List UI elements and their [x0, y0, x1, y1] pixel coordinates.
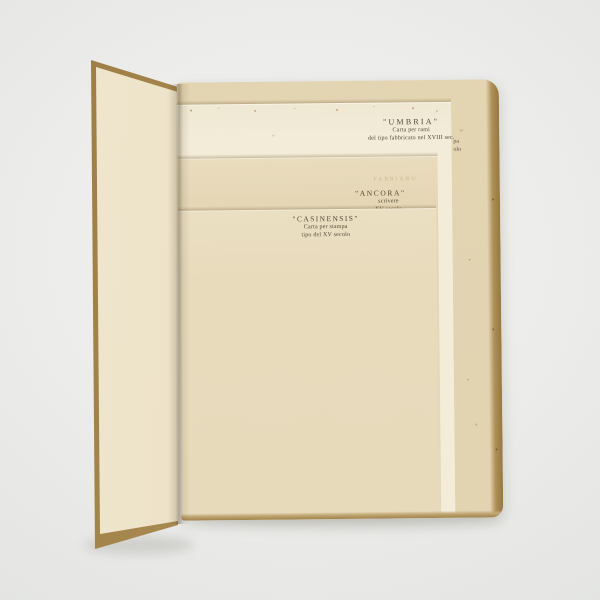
specimen-subtitle: tipo del XV secolo	[268, 231, 383, 240]
book-contact-shadow-left	[84, 536, 194, 554]
specimen-sheet-casinensis: "CASINENSIS" Carta per stampa tipo del X…	[178, 208, 439, 520]
fragment-line: olo	[453, 146, 477, 155]
specimen-subtitle: del tipo fabbricato nel XVIII sec.	[355, 134, 467, 143]
caption-casinensis: "CASINENSIS" Carta per stampa tipo del X…	[268, 214, 383, 240]
ghost-showthrough-text: FABRIANO	[374, 176, 418, 182]
photo-open-specimen-book: " pa olo "UMBRIA" Carta per rami del tip…	[0, 0, 600, 600]
caption-ancora-lines: scrivere XV secolo	[331, 197, 446, 214]
specimen-subtitle: Carta per stampa	[268, 223, 383, 232]
fragment-quote-mark: "	[453, 129, 477, 138]
specimen-title-umbria: "UMBRIA"	[355, 117, 467, 127]
spine-gutter-shadow	[168, 84, 190, 524]
deckled-right-edge	[486, 79, 504, 517]
specimen-subtitle: Carta per rami	[355, 126, 467, 135]
specimen-sheet-umbria: "UMBRIA" Carta per rami del tipo fabbric…	[177, 102, 455, 520]
caption-ancora: "ANCORA" scrivere XV secolo	[323, 188, 438, 214]
specimen-sheet-ancora: FABRIANO "ANCORA" scrivere XV secolo	[178, 156, 442, 520]
specimen-title-ancora: "ANCORA"	[323, 188, 438, 198]
specimen-title-casinensis: "CASINENSIS"	[268, 214, 383, 224]
caption-umbria: "UMBRIA" Carta per rami del tipo fabbric…	[355, 117, 467, 143]
foxed-top-edge	[177, 79, 499, 94]
specimen-subtitle: XV secolo	[331, 205, 446, 214]
fragment-line: pa	[453, 137, 477, 146]
base-page: " pa olo "UMBRIA" Carta per rami del tip…	[177, 79, 504, 520]
book-contact-shadow-right	[200, 508, 500, 528]
specimen-subtitle: scrivere	[331, 197, 446, 206]
hidden-sheet-caption-fragment: " pa olo	[453, 129, 477, 155]
